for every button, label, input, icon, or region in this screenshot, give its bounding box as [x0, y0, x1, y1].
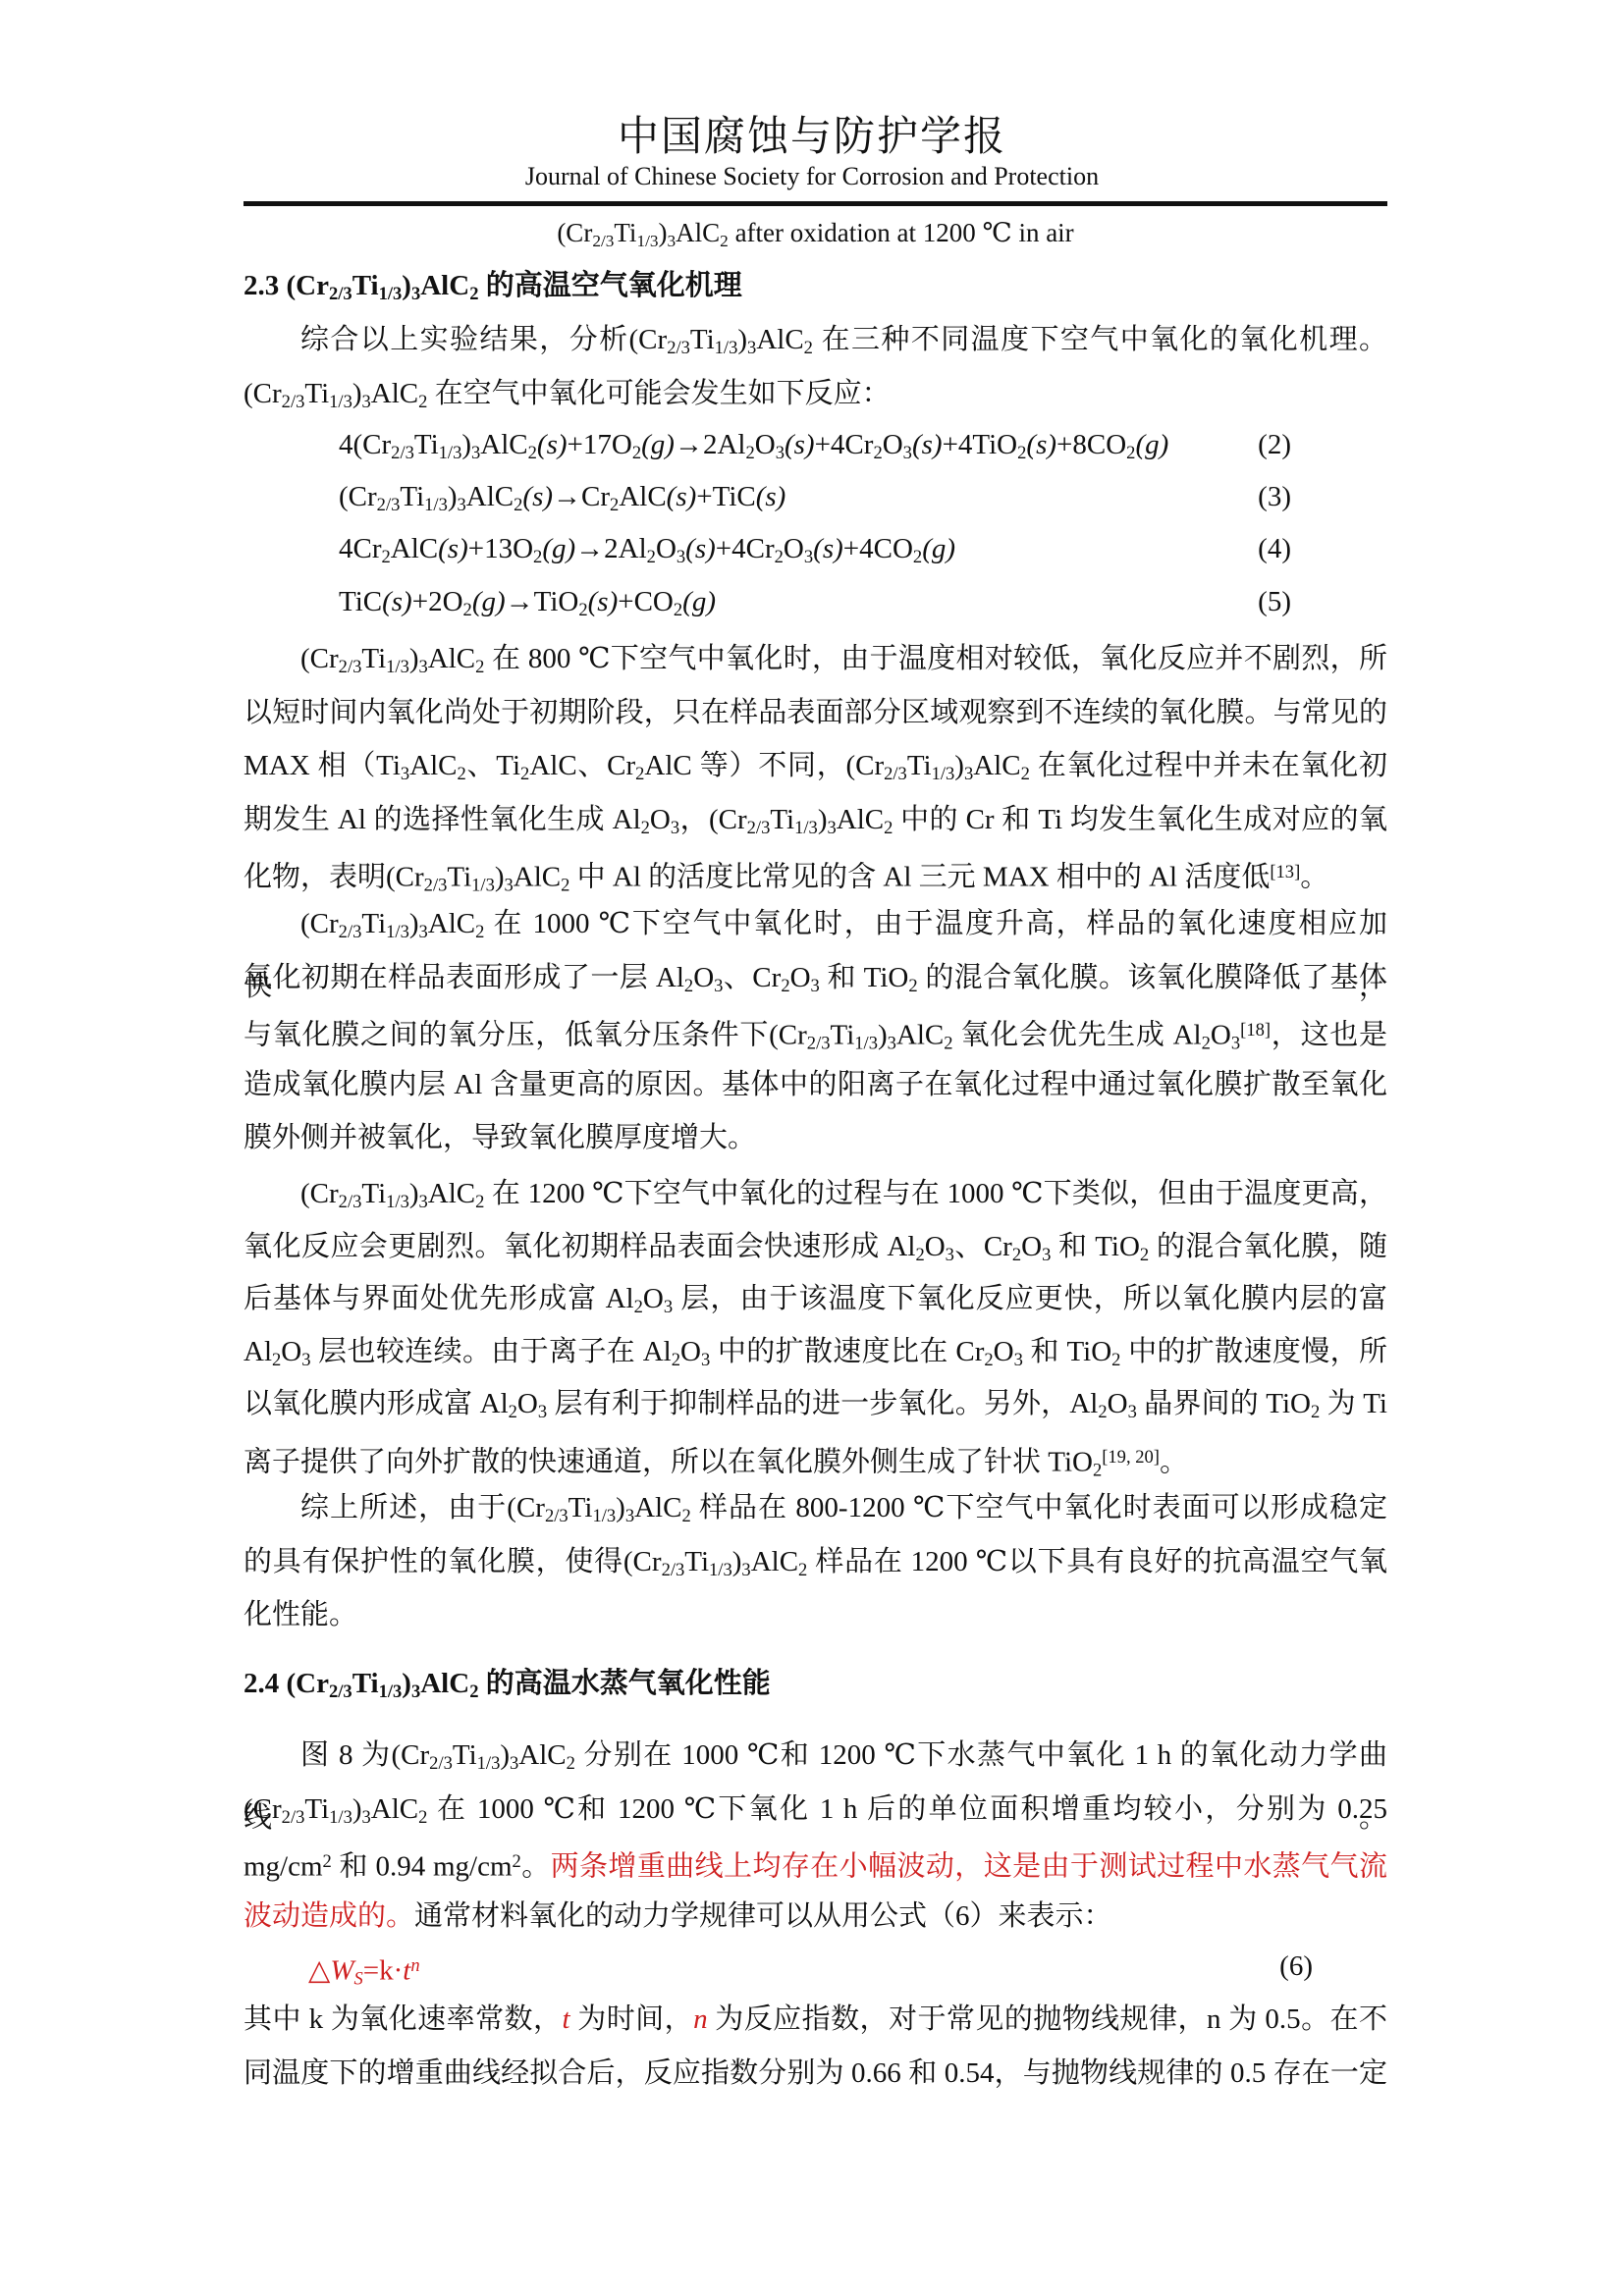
text-segment: 化性能。 [244, 1599, 357, 1630]
text-segment: (s) [382, 586, 412, 617]
text-segment: 中 Al 的活度比常见的含 Al 三元 MAX 相中的 Al 活度低 [569, 861, 1270, 892]
text-segment: 2.4 (Cr [244, 1668, 329, 1699]
text-segment: AlC [756, 324, 803, 355]
text-segment: 4Cr [339, 533, 382, 564]
document-body: (Cr2/3Ti1/3)3AlC2 after oxidation at 120… [244, 0, 1387, 2296]
text-segment: (s) [588, 586, 619, 617]
text-segment: O [656, 533, 677, 564]
text-segment: 以短时间内氧化尚处于初期阶段，只在样品表面部分区域观察到不连续的氧化膜。与常见的 [244, 697, 1387, 728]
text-segment: 1/3 [932, 764, 955, 784]
text-segment: 2 [533, 548, 542, 568]
text-segment: Ti [447, 861, 471, 892]
text-segment: 2 [913, 548, 922, 568]
text-segment: O [650, 804, 671, 835]
text-segment: 的具有保护性的氧化膜，使得(Cr [244, 1546, 662, 1577]
text-segment: 2 [672, 1350, 680, 1370]
text-segment: 2/3 [329, 1682, 352, 1702]
text-segment: O [1108, 1388, 1128, 1419]
text-segment: 3 [811, 976, 820, 996]
text-segment: 3 [888, 1034, 896, 1054]
text-segment: AlC [634, 1492, 681, 1523]
text-segment: 1/3 [424, 495, 448, 515]
text-segment: 4(Cr [339, 429, 391, 460]
text-segment: ) [659, 218, 668, 247]
text-segment: Ti [400, 481, 424, 512]
text-segment: ) [352, 378, 362, 409]
text-line: (Cr2/3Ti1/3)3AlC2 在空气中氧化可能会发生如下反应： [244, 367, 1387, 421]
text-segment: 的高温水蒸气氧化性能 [478, 1668, 770, 1699]
text-segment: 1/3 [386, 657, 409, 677]
text-segment: 1/3 [386, 922, 409, 942]
text-segment: AlC [751, 1546, 798, 1577]
text-line: 综上所述，由于(Cr2/3Ti1/3)3AlC2 样品在 800-1200 ℃下… [244, 1481, 1387, 1535]
text-segment: S [353, 1969, 362, 1990]
text-segment: →2Al [575, 533, 647, 564]
text-line: 同温度下的增重曲线经拟合后，反应指数分别为 0.66 和 0.54，与抛物线规律… [244, 2047, 1387, 2101]
text-segment: 2 [1017, 443, 1026, 463]
text-segment: mg/cm [244, 1850, 323, 1882]
text-segment: (s) [813, 533, 843, 564]
text-segment: 为时间， [570, 2003, 694, 2035]
text-segment: 离子提供了向外扩散的快速通道，所以在氧化膜外侧生成了针状 TiO [244, 1446, 1093, 1477]
text-segment: 造成氧化膜内层 Al 含量更高的原因。基体中的阳离子在氧化过程中通过氧化膜扩散至… [244, 1069, 1387, 1100]
text-segment: (s) [537, 429, 568, 460]
text-segment: [19, 20] [1102, 1447, 1160, 1468]
equation-line: 4(Cr2/3Ti1/3)3AlC2(s)+17O2(g)→2Al2O3(s)+… [244, 419, 1387, 471]
text-segment: 通常材料氧化的动力学规律可以从用公式（6）来表示： [414, 1900, 1112, 1932]
text-segment: 3 [804, 548, 813, 568]
text-segment: 1/3 [715, 338, 738, 358]
text-segment: 3 [668, 232, 677, 250]
text-segment: 3 [471, 443, 480, 463]
journal-page: 中国腐蚀与防护学报 Journal of Chinese Society for… [0, 0, 1624, 2296]
text-segment: +TiC [696, 481, 755, 512]
text-segment: 2 [781, 976, 789, 996]
text-segment: (g) [542, 533, 575, 564]
text-segment: →TiO [506, 586, 579, 617]
text-segment: 3 [419, 1192, 428, 1212]
equation-number: (5) [1258, 576, 1291, 628]
text-segment: 2/3 [282, 1807, 305, 1828]
text-segment: 综上所述，由于(Cr [300, 1492, 545, 1523]
text-segment: 2.3 (Cr [244, 270, 329, 301]
text-segment: 3 [301, 1350, 310, 1370]
text-segment: Ti [304, 1793, 329, 1825]
text-segment: (g) [682, 586, 716, 617]
text-segment: 3 [664, 1297, 673, 1317]
text-segment: 样品在 1200 ℃以下具有良好的抗高温空气氧 [807, 1546, 1387, 1577]
text-segment: O [925, 1231, 946, 1262]
text-segment: 2 [1140, 1245, 1149, 1265]
text-segment: 2/3 [282, 392, 305, 412]
text-segment: (g) [922, 533, 955, 564]
text-segment: AlC [420, 1668, 469, 1699]
text-segment: 2 [884, 818, 893, 838]
text-segment: AlC [619, 481, 666, 512]
text-segment: 后基体与界面处优先形成富 Al [244, 1283, 634, 1314]
text-segment: (s) [1026, 429, 1056, 460]
text-segment: 2 [775, 548, 784, 568]
text-segment: 2/3 [377, 495, 401, 515]
text-segment: +2O [412, 586, 463, 617]
text-segment: 2/3 [662, 1560, 685, 1580]
text-segment: 2 [578, 600, 587, 620]
text-segment: 2/3 [545, 1506, 568, 1526]
text-line: 与氧化膜之间的氧分压，低氧分压条件下(Cr2/3Ti1/3)3AlC2 氧化会优… [244, 1004, 1387, 1058]
text-segment: 2/3 [339, 1192, 362, 1212]
text-segment: AlC [371, 378, 418, 409]
text-segment: ) [409, 908, 419, 939]
para-block: 综合以上实验结果，分析(Cr2/3Ti1/3)3AlC2 在三种不同温度下空气中… [244, 313, 1387, 420]
text-segment: AlC [409, 750, 457, 781]
text-segment: (s) [685, 533, 716, 564]
text-segment: ，(Cr [679, 804, 747, 835]
text-segment: (Cr [300, 1178, 339, 1209]
text-segment: 为反应指数，对于常见的抛物线规律，n 为 0.5。在不 [708, 2003, 1387, 2035]
equation-line: TiC(s)+2O2(g)→TiO2(s)+CO2(g)(5) [244, 576, 1387, 628]
text-line: 的具有保护性的氧化膜，使得(Cr2/3Ti1/3)3AlC2 样品在 1200 … [244, 1535, 1387, 1589]
text-segment: 为 Ti [1320, 1388, 1387, 1419]
text-segment: AlC [428, 1178, 475, 1209]
text-segment: 2 [745, 443, 754, 463]
para-block: (Cr2/3Ti1/3)3AlC2 在 800 ℃下空气中氧化时，由于温度相对较… [244, 632, 1387, 900]
text-segment: 1/3 [709, 1560, 732, 1580]
text-segment: 2/3 [424, 876, 448, 896]
text-segment: Al [244, 1336, 272, 1367]
section-heading: 2.3 (Cr2/3Ti1/3)3AlC2 的高温空气氧化机理 [244, 259, 1387, 313]
text-segment: 3 [828, 818, 837, 838]
text-segment: +8CO [1056, 429, 1126, 460]
text-segment: 和 TiO [1051, 1231, 1140, 1262]
para-block: 图 8 为(Cr2/3Ti1/3)3AlC2 分别在 1000 ℃和 1200 … [244, 1729, 1387, 1943]
text-segment: W [330, 1954, 353, 1986]
text-line: (Cr2/3Ti1/3)3AlC2 在 800 ℃下空气中氧化时，由于温度相对较… [244, 632, 1387, 686]
text-segment: AlC [896, 1019, 944, 1050]
text-segment: 1/3 [329, 1807, 352, 1828]
text-segment: 在 1200 ℃下空气中氧化的过程与在 1000 ℃下类似，但由于温度更高， [484, 1178, 1387, 1209]
text-segment: AlC [420, 270, 469, 301]
text-segment: (Cr [557, 218, 592, 247]
text-segment: Ti [352, 270, 379, 301]
text-segment: 。 [1160, 1446, 1188, 1477]
text-segment: 2 [1021, 764, 1030, 784]
text-segment: 氧化初期在样品表面形成了一层 Al [244, 962, 684, 993]
text-segment: 2/3 [429, 1753, 453, 1774]
text-segment: 与氧化膜之间的氧分压，低氧分压条件下(Cr [244, 1019, 807, 1050]
text-segment: 2 [323, 1851, 332, 1872]
text-line: 化性能。 [244, 1588, 1387, 1642]
text-segment: 3 [1231, 1034, 1240, 1054]
text-segment: ) [737, 324, 747, 355]
text-segment: ) [461, 429, 471, 460]
text-line: 氧化初期在样品表面形成了一层 Al2O3、Cr2O3 和 TiO2 的混合氧化膜… [244, 951, 1387, 1005]
text-segment: 1/3 [386, 1192, 409, 1212]
text-segment: O [281, 1336, 301, 1367]
text-segment: 2 [632, 443, 641, 463]
text-segment: +4Cr [815, 429, 874, 460]
text-segment: 在氧化过程中并未在氧化初 [1030, 750, 1387, 781]
text-segment: 其中 k 为氧化速率常数， [244, 2003, 562, 2035]
text-segment: 2 [567, 1753, 575, 1774]
text-segment: Ti [690, 324, 715, 355]
text-segment: Ti [352, 1668, 379, 1699]
text-segment: 综合以上实验结果，分析(Cr [300, 324, 667, 355]
para-block: (Cr2/3Ti1/3)3AlC2 在 1000 ℃下空气中氧化时，由于温度升高… [244, 897, 1387, 1165]
text-segment: 1/3 [329, 392, 352, 412]
text-segment: n [410, 1955, 419, 1976]
text-segment: Ti [568, 1492, 593, 1523]
text-segment: +CO [618, 586, 674, 617]
text-segment: 层有利于抑制样品的进一步氧化。另外，Al [547, 1388, 1098, 1419]
text-segment: O [643, 1283, 664, 1314]
text-segment: 中的扩散速度慢，所 [1120, 1336, 1387, 1367]
text-segment: 2 [1012, 1245, 1021, 1265]
text-segment: ) [402, 1668, 411, 1699]
text-segment: 3 [776, 443, 785, 463]
text-segment: 样品在 800-1200 ℃下空气中氧化时表面可以形成稳定 [691, 1492, 1387, 1523]
text-segment: O [517, 1388, 538, 1419]
text-segment: AlC、Cr [529, 750, 635, 781]
text-segment: 3 [964, 764, 973, 784]
text-segment: 2 [641, 818, 650, 838]
text-segment: O [994, 1336, 1014, 1367]
text-segment: Ti [304, 378, 329, 409]
text-segment: ) [409, 643, 419, 674]
text-segment: Ti [614, 218, 636, 247]
text-line: 后基体与界面处优先形成富 Al2O3 层，由于该温度下氧化反应更快，所以氧化膜内… [244, 1273, 1387, 1326]
heading-block: 2.4 (Cr2/3Ti1/3)3AlC2 的高温水蒸气氧化性能 [244, 1657, 1387, 1711]
text-segment: 2 [798, 1560, 807, 1580]
text-segment: 和 TiO [1023, 1336, 1111, 1367]
text-segment: Ti [831, 1019, 855, 1050]
text-segment: AlC [466, 481, 514, 512]
section-heading: 2.4 (Cr2/3Ti1/3)3AlC2 的高温水蒸气氧化性能 [244, 1657, 1387, 1711]
text-segment: (Cr [339, 481, 377, 512]
text-segment: 3 [458, 495, 466, 515]
text-segment: 在空气中氧化可能会发生如下反应： [427, 378, 890, 409]
text-segment: 2 [382, 548, 391, 568]
text-segment: 2 [528, 443, 537, 463]
text-segment: Ti [361, 1178, 386, 1209]
text-segment: 2/3 [667, 338, 690, 358]
text-line: 化物，表明(Cr2/3Ti1/3)3AlC2 中 Al 的活度比常见的含 Al … [244, 846, 1387, 900]
text-segment: 3 [1014, 1350, 1023, 1370]
text-segment: ) [616, 1492, 625, 1523]
text-segment: 层，由于该温度下氧化反应更快，所以氧化膜内层的富 [673, 1283, 1387, 1314]
text-segment: 氧化会优先生成 Al [953, 1019, 1202, 1050]
text-segment: O [1211, 1019, 1231, 1050]
text-segment: (s) [522, 481, 553, 512]
text-segment: △ [308, 1954, 330, 1986]
text-segment: 2/3 [807, 1034, 831, 1054]
text-segment: 2/3 [339, 657, 362, 677]
text-line: 以氧化膜内形成富 Al2O3 层有利于抑制样品的进一步氧化。另外，Al2O3 晶… [244, 1378, 1387, 1431]
text-segment: AlC [514, 861, 561, 892]
text-segment: n [693, 2003, 708, 2035]
text-segment: 和 0.94 mg/cm [332, 1850, 513, 1882]
text-line: 造成氧化膜内层 Al 含量更高的原因。基体中的阳离子在氧化过程中通过氧化膜扩散至… [244, 1058, 1387, 1112]
text-segment: 2 [944, 1034, 952, 1054]
text-segment: MAX 相（Ti [244, 750, 401, 781]
text-segment: 2 [520, 764, 529, 784]
text-segment: ) [495, 861, 505, 892]
text-segment: 3 [701, 1350, 710, 1370]
text-segment: (Cr [244, 1793, 282, 1825]
text-segment: 中的 Cr 和 Ti 均发生氧化生成对应的氧 [893, 804, 1387, 835]
text-segment: 3 [411, 1682, 420, 1702]
text-segment: 2/3 [391, 443, 414, 463]
text-segment: ) [402, 270, 411, 301]
text-segment: AlC [371, 1793, 418, 1825]
text-segment: +13O [468, 533, 533, 564]
text-line: Al2O3 层也较连续。由于离子在 Al2O3 中的扩散速度比在 Cr2O3 和… [244, 1326, 1387, 1379]
heading-block: 2.3 (Cr2/3Ti1/3)3AlC2 的高温空气氧化机理 [244, 259, 1387, 313]
text-segment: AlC [428, 908, 475, 939]
text-segment: Ti [453, 1739, 477, 1771]
text-segment: 2 [1202, 1034, 1211, 1054]
text-line: 综合以上实验结果，分析(Cr2/3Ti1/3)3AlC2 在三种不同温度下空气中… [244, 313, 1387, 367]
text-segment: 1/3 [379, 284, 403, 304]
text-line: mg/cm2 和 0.94 mg/cm2。两条增重曲线上均存在小幅波动，这是由于… [244, 1836, 1387, 1890]
text-segment: O [784, 533, 804, 564]
text-segment: 同温度下的增重曲线经拟合后，反应指数分别为 0.66 和 0.54，与抛物线规律… [244, 2057, 1387, 2089]
text-segment: 3 [671, 818, 679, 838]
text-segment: 1/3 [794, 818, 818, 838]
text-segment: 3 [411, 284, 420, 304]
text-line: 以短时间内氧化尚处于初期阶段，只在样品表面部分区域观察到不连续的氧化膜。与常见的 [244, 686, 1387, 740]
text-segment: 2 [684, 976, 693, 996]
text-line: 图 8 为(Cr2/3Ti1/3)3AlC2 分别在 1000 ℃和 1200 … [244, 1729, 1387, 1783]
equation-number: (4) [1258, 523, 1291, 575]
text-segment: ) [878, 1019, 888, 1050]
text-segment: [18] [1240, 1020, 1271, 1041]
text-segment: (s) [785, 429, 815, 460]
text-segment: 3 [510, 1753, 518, 1774]
text-segment: ) [818, 804, 828, 835]
text-segment: 1/3 [477, 1753, 501, 1774]
text-segment: 、Cr [723, 962, 781, 993]
para-block: 综上所述，由于(Cr2/3Ti1/3)3AlC2 样品在 800-1200 ℃下… [244, 1481, 1387, 1642]
text-segment: 2/3 [884, 764, 907, 784]
text-segment: 2 [1093, 1460, 1102, 1480]
text-segment: 、Cr [954, 1231, 1012, 1262]
text-segment: +4Cr [716, 533, 775, 564]
para-block: (Cr2/3Ti1/3)3AlC2 在 1200 ℃下空气中氧化的过程与在 10… [244, 1168, 1387, 1483]
text-segment: 两条增重曲线上均存在小幅波动，这是由于测试过程中水蒸气气流 [551, 1850, 1387, 1882]
text-segment: →Cr [553, 481, 610, 512]
text-segment: ) [500, 1739, 510, 1771]
text-segment: 化物，表明(Cr [244, 861, 424, 892]
text-segment: 2 [984, 1350, 993, 1370]
text-segment: (s) [756, 481, 786, 512]
text-line: 氧化反应会更剧烈。氧化初期样品表面会快速形成 Al2O3、Cr2O3 和 TiO… [244, 1221, 1387, 1274]
text-segment: Ti [684, 1546, 709, 1577]
text-segment: 2 [272, 1350, 281, 1370]
text-segment: Ti [770, 804, 794, 835]
text-segment: 2 [873, 443, 882, 463]
text-segment: 2 [1311, 1402, 1320, 1422]
text-segment: ) [409, 1178, 419, 1209]
equation-number: (6) [1279, 1940, 1313, 1993]
text-segment: 膜外侧并被氧化，导致氧化膜厚度增大。 [244, 1122, 756, 1153]
text-segment: 3 [505, 876, 514, 896]
text-line: 波动造成的。通常材料氧化的动力学规律可以从用公式（6）来表示： [244, 1890, 1387, 1944]
text-segment: 2/3 [747, 818, 771, 838]
text-segment: 在 800 ℃下空气中氧化时，由于温度相对较低，氧化反应并不剧烈，所 [484, 643, 1387, 674]
text-segment: 3 [1042, 1245, 1051, 1265]
text-segment: 1/3 [379, 1682, 403, 1702]
text-segment: 波动造成的。 [244, 1900, 414, 1932]
caption-block: (Cr2/3Ti1/3)3AlC2 after oxidation at 120… [244, 216, 1387, 249]
text-segment: O [1021, 1231, 1042, 1262]
text-segment: AlC 等）不同，(Cr [644, 750, 884, 781]
text-segment: (g) [1135, 429, 1168, 460]
equation-line: 4Cr2AlC(s)+13O2(g)→2Al2O3(s)+4Cr2O3(s)+4… [244, 523, 1387, 575]
text-segment: (Cr [300, 643, 339, 674]
text-segment: (s) [438, 533, 468, 564]
text-segment: +4CO [843, 533, 913, 564]
text-segment: ) [448, 481, 458, 512]
text-segment: 1/3 [592, 1506, 616, 1526]
text-segment: 2/3 [339, 922, 362, 942]
text-segment: 3 [1128, 1402, 1137, 1422]
text-segment: (Cr [300, 908, 339, 939]
text-segment: 1/3 [471, 876, 495, 896]
text-segment: 2 [509, 1402, 517, 1422]
figure-caption: (Cr2/3Ti1/3)3AlC2 after oxidation at 120… [244, 216, 1387, 249]
text-segment: 在三种不同温度下空气中氧化的氧化机理。 [813, 324, 1387, 355]
text-segment: 2/3 [329, 284, 352, 304]
text-segment: O [883, 429, 903, 460]
text-segment: (Cr [244, 378, 282, 409]
text-segment: AlC [973, 750, 1020, 781]
text-segment: 以氧化膜内形成富 Al [244, 1388, 509, 1419]
text-segment: AlC [676, 218, 720, 247]
text-segment: 的高温空气氧化机理 [478, 270, 741, 301]
text-segment: ) [954, 750, 964, 781]
text-line: (Cr2/3Ti1/3)3AlC2 在 1000 ℃下空气中氧化时，由于温度升高… [244, 897, 1387, 951]
text-segment: AlC [428, 643, 475, 674]
equation-number: (2) [1258, 419, 1291, 471]
text-segment: 3 [946, 1245, 954, 1265]
text-segment: 2 [513, 1851, 521, 1872]
text-segment: 3 [903, 443, 912, 463]
text-line: 膜外侧并被氧化，导致氧化膜厚度增大。 [244, 1111, 1387, 1165]
text-segment: O [790, 962, 811, 993]
text-segment: O [680, 1336, 701, 1367]
text-segment: +4TiO [943, 429, 1018, 460]
text-segment: 。 [521, 1850, 551, 1882]
text-segment: 2 [915, 1245, 924, 1265]
text-segment: Ti [414, 429, 439, 460]
text-line: MAX 相（Ti3AlC2、Ti2AlC、Cr2AlC 等）不同，(Cr2/3T… [244, 739, 1387, 793]
text-segment: O [693, 962, 714, 993]
text-segment: 3 [419, 657, 428, 677]
text-segment: AlC [518, 1739, 566, 1771]
text-segment: 层也较连续。由于离子在 Al [311, 1336, 672, 1367]
text-segment: (g) [641, 429, 675, 460]
text-line: 离子提供了向外扩散的快速通道，所以在氧化膜外侧生成了针状 TiO2[19, 20… [244, 1431, 1387, 1484]
text-segment: O [755, 429, 776, 460]
text-segment: (s) [912, 429, 943, 460]
text-segment: 2 [674, 600, 682, 620]
text-segment: t [562, 2003, 569, 2035]
text-segment: AlC [480, 429, 527, 460]
equations-block: △WS=k·tn(6) [244, 1940, 1387, 1993]
text-segment: 的混合氧化膜，随 [1149, 1231, 1387, 1262]
text-line: (Cr2/3Ti1/3)3AlC2 在 1000 ℃和 1200 ℃下氧化 1 … [244, 1783, 1387, 1837]
equations-block: 4(Cr2/3Ti1/3)3AlC2(s)+17O2(g)→2Al2O3(s)+… [244, 419, 1387, 628]
